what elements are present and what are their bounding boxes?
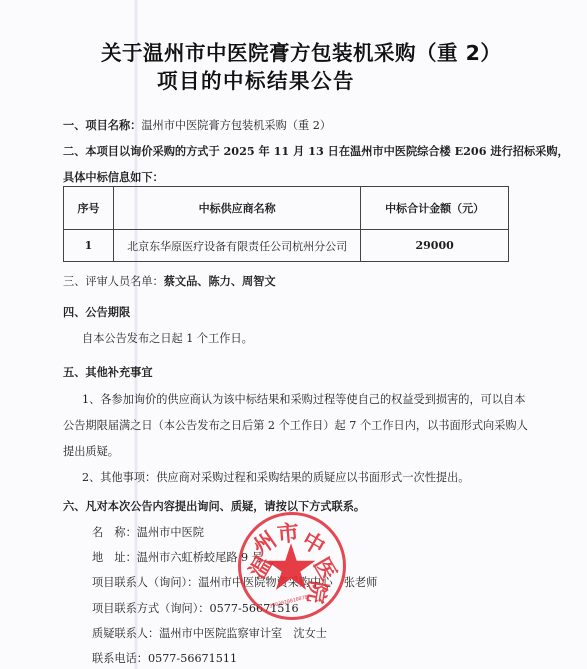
contact-complaint-phone-value: 0577-56671511 (148, 652, 237, 665)
supplementary-p1-line2: 公告期限届满之日（本公告发布之日后第 2 个工作日）起 7 个工作日内，以书面形… (63, 417, 528, 433)
contact-name: 名 称：温州市中医院 (92, 524, 204, 540)
project-name-label: 一、项目名称： (63, 119, 141, 132)
project-name-value: 温州市中医院膏方包装机采购（重 2） (141, 119, 331, 132)
contact-complaint-person-value: 温州市中医院监察审计室 沈女士 (159, 627, 327, 640)
supplementary-p2: 2、其他事项：供应商对采购过程和采购结果的质疑应以书面形式一次性提出。 (82, 469, 470, 485)
contact-name-label: 名 称： (92, 526, 137, 539)
contact-address-value: 温州市六虹桥蛟尾路 9 号 (137, 551, 263, 564)
supplementary-p1-line3: 提出质疑。 (63, 443, 119, 459)
contact-complaint-person-label: 质疑联系人： (92, 627, 159, 640)
contact-complaint-person: 质疑联系人：温州市中医院监察审计室 沈女士 (92, 625, 327, 641)
col-header-index: 序号 (64, 187, 114, 230)
contact-inquiry-person: 项目联系人（询问）：温州市中医院物资采购中心 张老师 (92, 574, 377, 590)
supplementary-p1-line1: 1、各参加询价的供应商认为该中标结果和采购过程等使自己的权益受到损害的，可以自本 (82, 391, 525, 407)
table-row: 1 北京东华原医疗设备有限责任公司杭州分公司 29000 (64, 230, 509, 262)
cell-index: 1 (64, 230, 114, 262)
seal-char: 市 (276, 516, 301, 549)
cell-amount: 29000 (361, 230, 509, 262)
reviewers-label: 三、评审人员名单： (63, 275, 164, 288)
col-header-amount: 中标合计金额（元） (361, 187, 509, 230)
contact-address: 地 址：温州市六虹桥蛟尾路 9 号 (92, 549, 263, 565)
section-contact-heading: 六、凡对本次公告内容提出询问、质疑，请按以下方式联系。 (63, 498, 365, 514)
document-title-line1: 关于温州市中医院膏方包装机采购（重 2） (101, 36, 587, 66)
notice-period-body: 自本公告发布之日起 1 个工作日。 (82, 330, 253, 346)
section-award-info-intro: 具体中标信息如下： (63, 169, 164, 185)
section-supplementary-heading: 五、其他补充事宜 (63, 364, 153, 380)
contact-inquiry-person-label: 项目联系人（询问）： (92, 576, 198, 589)
contact-address-label: 地 址： (92, 551, 137, 564)
section-reviewers: 三、评审人员名单：蔡文品、陈力、周智文 (63, 273, 276, 289)
section-project-name: 一、项目名称：温州市中医院膏方包装机采购（重 2） (63, 117, 331, 133)
contact-inquiry-phone-value: 0577-56671516 (209, 602, 298, 615)
contact-complaint-phone-label: 联系电话： (92, 652, 148, 665)
document-title-line2: 项目的中标结果公告 (157, 64, 587, 94)
contact-inquiry-phone: 项目联系方式（询问）：0577-56671516 (92, 600, 299, 616)
section-procurement-method: 二、本项目以询价采购的方式于 2025 年 11 月 13 日在温州市中医院综合… (63, 143, 569, 159)
table-header-row: 序号 中标供应商名称 中标合计金额（元） (64, 187, 509, 230)
award-table: 序号 中标供应商名称 中标合计金额（元） 1 北京东华原医疗设备有限责任公司杭州… (63, 186, 509, 262)
section-notice-period-heading: 四、公告期限 (63, 304, 130, 320)
contact-complaint-phone: 联系电话：0577-56671511 (92, 650, 237, 666)
contact-inquiry-phone-label: 项目联系方式（询问）： (92, 602, 209, 615)
seal-char: 中 (297, 524, 332, 562)
col-header-supplier: 中标供应商名称 (113, 187, 360, 230)
reviewers-value: 蔡文品、陈力、周智文 (164, 274, 276, 288)
announcement-page: 关于温州市中医院膏方包装机采购（重 2） 项目的中标结果公告 一、项目名称：温州… (0, 0, 587, 669)
contact-inquiry-person-value: 温州市中医院物资采购中心 张老师 (198, 576, 377, 589)
contact-name-value: 温州市中医院 (137, 526, 204, 539)
cell-supplier: 北京东华原医疗设备有限责任公司杭州分公司 (113, 230, 360, 262)
